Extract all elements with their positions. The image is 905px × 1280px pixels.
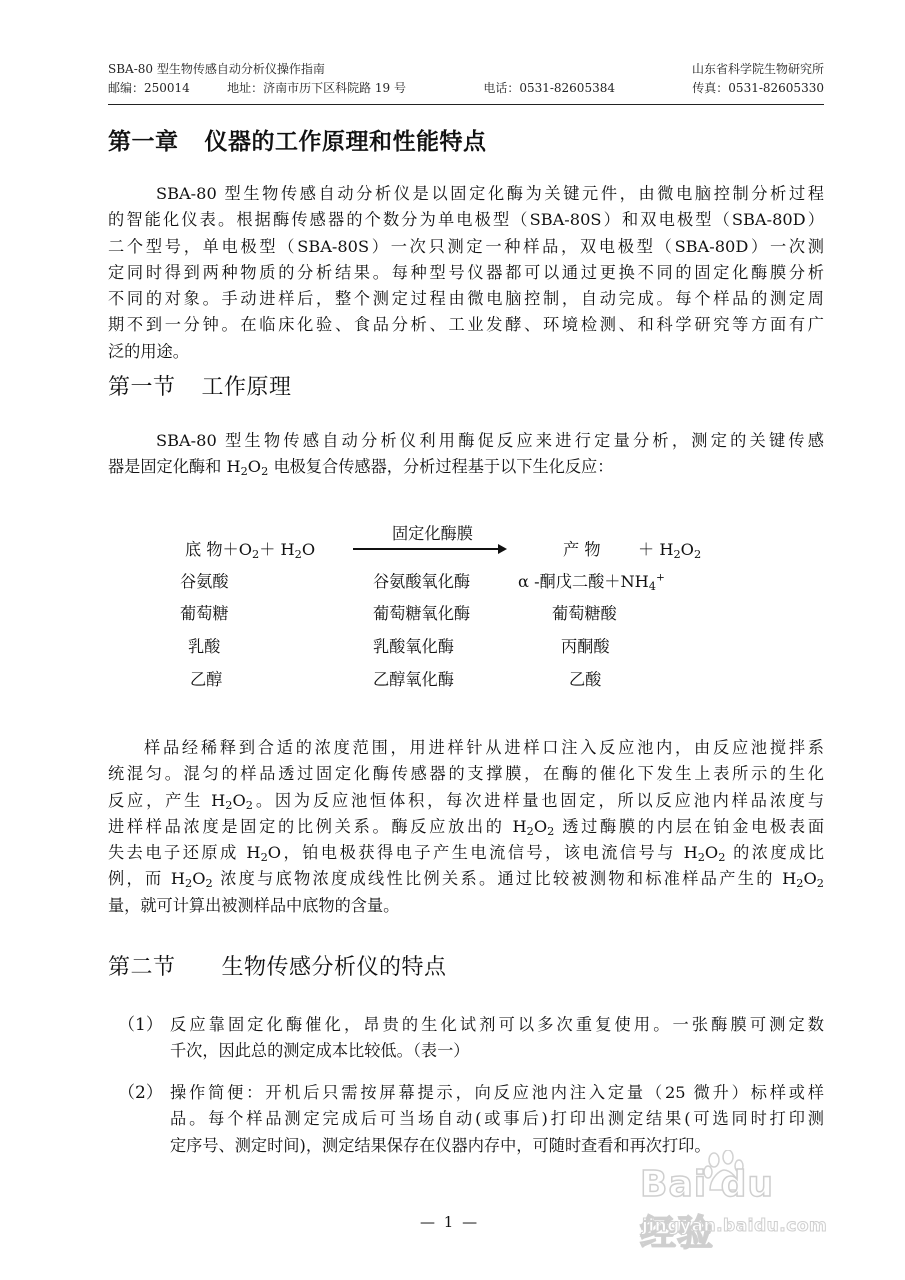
text-line: 统混匀。混匀的样品透过固定化酶传感器的支撑膜，在酶的催化下发生上表所示的生化: [108, 761, 824, 787]
reaction-lhs: 底 物＋O2＋ H2O: [185, 536, 315, 560]
text-line: 泛的用途。: [108, 339, 824, 365]
product-gluconic-acid: 葡萄糖酸: [552, 600, 617, 624]
text-line: 期不到一分钟。在临床化验、食品分析、工业发酵、环境检测、和科学研究等方面有广: [108, 312, 824, 338]
postcode: 邮编：250014: [108, 79, 190, 98]
text-line: 失去电子还原成 H2O，铂电极获得电子产生电流信号，该电流信号与 H2O2 的浓…: [108, 840, 824, 866]
mechanism-paragraph: 样品经稀释到合适的浓度范围，用进样针从进样口注入反应池内，由反应池搅拌系 统混匀…: [108, 735, 824, 919]
substrate-ethanol: 乙醇: [190, 666, 222, 690]
fax: 传真：0531-82605330: [692, 79, 824, 98]
section-heading-1: 第一节工作原理: [108, 370, 292, 401]
watermark-url: jingyan.baidu.com: [642, 1216, 827, 1236]
reaction-rhs-h2o2: ＋ H2O2: [638, 536, 701, 560]
text-line: 反应靠固定化酶催化，昂贵的生化试剂可以多次重复使用。一张酶膜可测定数: [170, 1012, 824, 1038]
chapter-title: 仪器的工作原理和性能特点: [205, 129, 487, 155]
text-line: SBA-80 型生物传感自动分析仪是以固定化酶为关键元件，由微电脑控制分析过程: [108, 181, 824, 207]
text-line: SBA-80 型生物传感自动分析仪利用酶促反应来进行定量分析，测定的关键传感: [108, 428, 824, 454]
text-line: 不同的对象。手动进样后，整个测定过程由微电脑控制，自动完成。每个样品的测定周: [108, 286, 824, 312]
organization: 山东省科学院生物研究所: [692, 60, 824, 79]
intro-paragraph: SBA-80 型生物传感自动分析仪是以固定化酶为关键元件，由微电脑控制分析过程 …: [108, 181, 824, 365]
page-number: — 1 —: [420, 1213, 479, 1231]
text-line: 例，而 H2O2 浓度与底物浓度成线性比例关系。通过比较被测物和标准样品产生的 …: [108, 866, 824, 892]
enzyme-membrane-label: 固定化酶膜: [392, 520, 473, 544]
feature-item-1: （1） 反应靠固定化酶催化，昂贵的生化试剂可以多次重复使用。一张酶膜可测定数 千…: [118, 1012, 824, 1068]
text-line: 品。每个样品测定完成后可当场自动(或事后)打印出测定结果(可选同时打印测: [170, 1106, 824, 1132]
text-line: 二个型号，单电极型（SBA-80S）一次只测定一种样品，双电极型（SBA-80D…: [108, 234, 824, 260]
enzyme-glucose-oxidase: 葡萄糖氧化酶: [373, 600, 470, 624]
address: 地址：济南市历下区科院路 19 号: [227, 79, 406, 98]
text-line: 器是固定化酶和 H2O2 电极复合传感器，分析过程基于以下生化反应：: [108, 454, 824, 480]
substrate-lactate: 乳酸: [188, 633, 220, 657]
chapter-number: 第一章: [108, 129, 179, 155]
running-header: SBA-80 型生物传感自动分析仪操作指南 山东省科学院生物研究所 邮编：250…: [108, 60, 824, 105]
enzyme-lactate-oxidase: 乳酸氧化酶: [373, 633, 454, 657]
text-line: 操作简便：开机后只需按屏幕提示，向反应池内注入定量（25 微升）标样或样: [170, 1080, 824, 1106]
doc-title: SBA-80 型生物传感自动分析仪操作指南: [108, 60, 325, 79]
substrate-glucose: 葡萄糖: [180, 600, 229, 624]
text-line: 定同时得到两种物质的分析结果。每种型号仪器都可以通过更换不同的固定化酶膜分析: [108, 260, 824, 286]
product-acetic-acid: 乙酸: [569, 666, 601, 690]
principle-paragraph: SBA-80 型生物传感自动分析仪利用酶促反应来进行定量分析，测定的关键传感 器…: [108, 428, 824, 481]
text-line: 的智能化仪表。根据酶传感器的个数分为单电极型（SBA-80S）和双电极型（SBA…: [108, 207, 824, 233]
reaction-arrow-icon: [353, 548, 505, 550]
item-number: （1）: [118, 1012, 163, 1038]
phone: 电话：0531-82605384: [483, 79, 615, 98]
substrate-glutamate: 谷氨酸: [180, 568, 229, 592]
reaction-product: 产 物: [563, 536, 601, 560]
section-title: 工作原理: [202, 375, 292, 400]
product-pyruvate: 丙酮酸: [561, 633, 610, 657]
reaction-scheme: 底 物＋O2＋ H2O 固定化酶膜 产 物 ＋ H2O2 谷氨酸 谷氨酸氧化酶 …: [180, 520, 740, 700]
product-ketoglutarate: α -酮戊二酸＋NH4+: [518, 568, 665, 592]
section-title: 生物传感分析仪的特点: [222, 955, 447, 980]
text-line: 千次，因此总的测定成本比较低。（表一）: [170, 1038, 824, 1064]
section-heading-2: 第二节生物传感分析仪的特点: [108, 950, 447, 981]
enzyme-glutamate-oxidase: 谷氨酸氧化酶: [373, 568, 470, 592]
text-line: 样品经稀释到合适的浓度范围，用进样针从进样口注入反应池内，由反应池搅拌系: [108, 735, 824, 761]
section-number: 第一节: [108, 375, 176, 400]
feature-item-2: （2） 操作简便：开机后只需按屏幕提示，向反应池内注入定量（25 微升）标样或样…: [118, 1080, 824, 1160]
baidu-jingyan-watermark: Bai du 经验 jingyan.baidu.com: [640, 1150, 820, 1250]
enzyme-alcohol-oxidase: 乙醇氧化酶: [373, 666, 454, 690]
text-line: 量，就可计算出被测样品中底物的含量。: [108, 893, 824, 919]
text-line: 反应，产生 H2O2。因为反应池恒体积，每次进样量也固定，所以反应池内样品浓度与: [108, 788, 824, 814]
section-number: 第二节: [108, 955, 176, 980]
chapter-heading: 第一章仪器的工作原理和性能特点: [108, 123, 487, 156]
item-number: （2）: [118, 1080, 163, 1106]
text-line: 进样样品浓度是固定的比例关系。酶反应放出的 H2O2 透过酶膜的内层在铂金电极表…: [108, 814, 824, 840]
watermark-logo: Bai du 经验: [640, 1164, 820, 1256]
